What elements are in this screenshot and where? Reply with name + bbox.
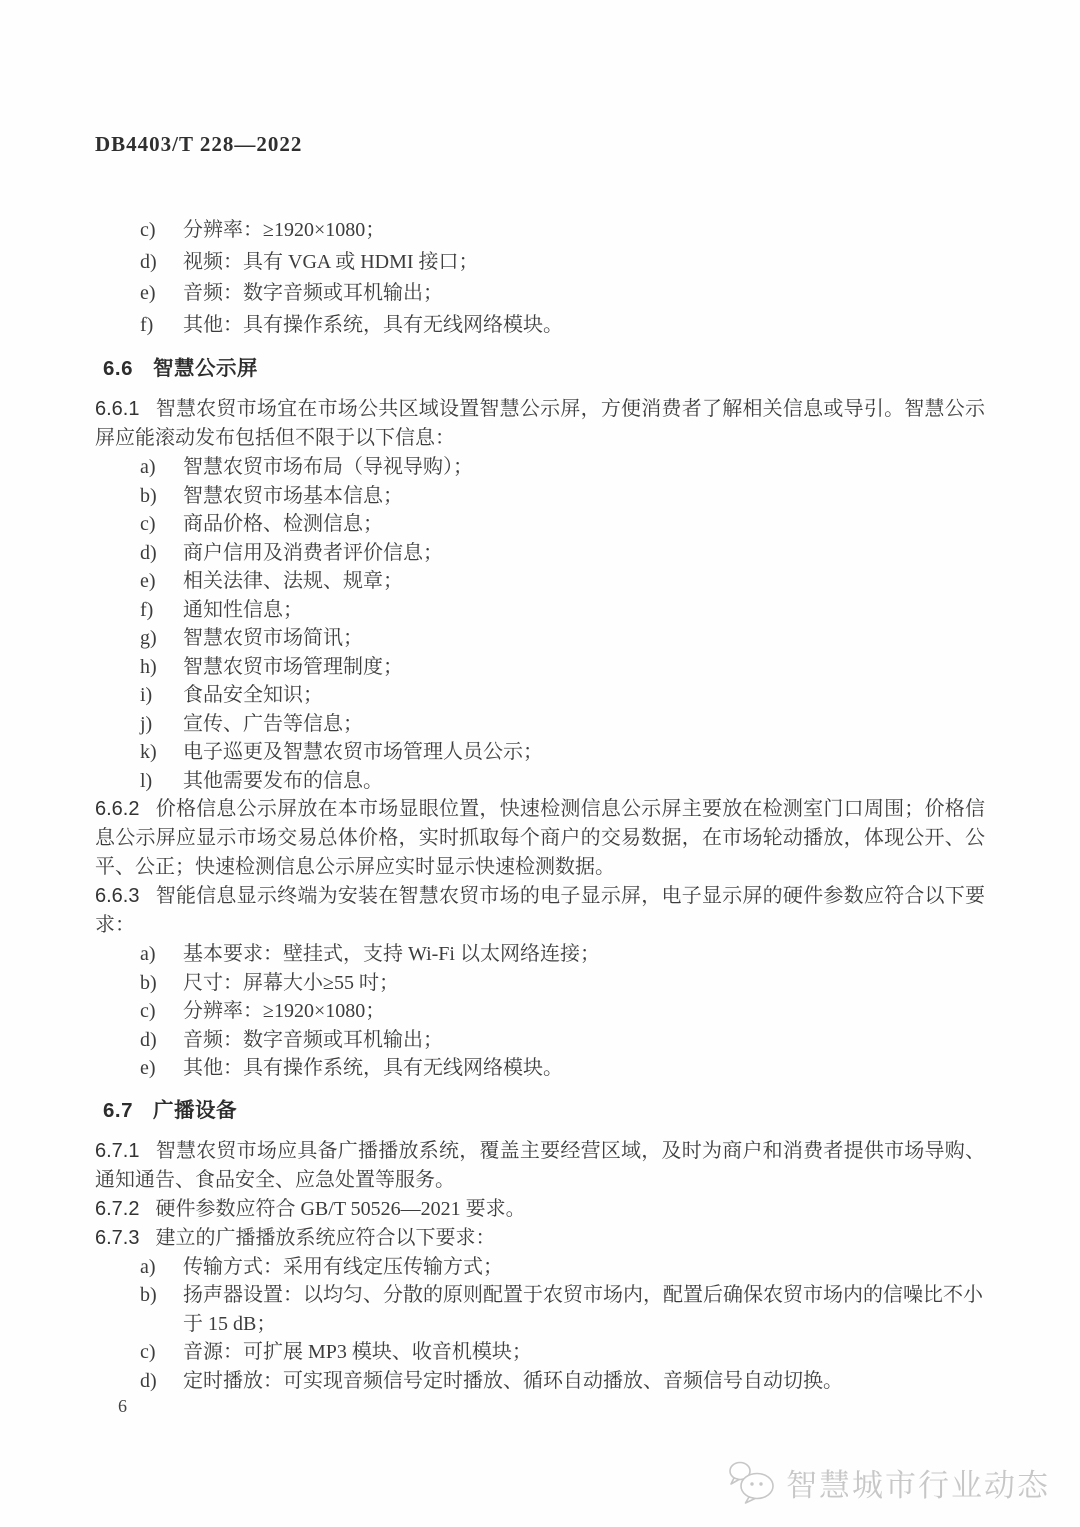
list-text: 宣传、广告等信息； xyxy=(183,710,985,739)
list-item: i)食品安全知识； xyxy=(95,681,985,710)
list-item: b)智慧农贸市场基本信息； xyxy=(95,482,985,511)
clause-number: 6.6.2 xyxy=(95,798,139,820)
list-letter: d) xyxy=(140,1026,183,1055)
list-item: c)分辨率：≥1920×1080； xyxy=(95,997,985,1026)
list-text: 基本要求：壁挂式，支持 Wi-Fi 以太网络连接； xyxy=(183,940,985,969)
list-item: d)商户信用及消费者评价信息； xyxy=(95,539,985,568)
list-letter: h) xyxy=(140,653,183,682)
list-letter: a) xyxy=(140,940,183,969)
watermark-logo: 智慧城市行业动态 xyxy=(726,1459,1050,1505)
watermark-text: 智慧城市行业动态 xyxy=(786,1460,1050,1505)
clause-6-6-2: 6.6.2价格信息公示屏放在本市场显眼位置，快速检测信息公示屏主要放在检测室门口… xyxy=(95,795,985,882)
clause-text: 硬件参数应符合 GB/T 50526—2021 要求。 xyxy=(155,1198,525,1220)
wechat-icon xyxy=(726,1459,776,1505)
list-text: 分辨率：≥1920×1080； xyxy=(183,997,985,1026)
list-text: 商户信用及消费者评价信息； xyxy=(183,539,985,568)
list-letter: d) xyxy=(140,1367,183,1396)
list-item: d)音频：数字音频或耳机输出； xyxy=(95,1026,985,1055)
list-text: 商品价格、检测信息； xyxy=(183,510,985,539)
list-item: e)音频：数字音频或耳机输出； xyxy=(95,278,985,310)
clause-text: 智能信息显示终端为安装在智慧农贸市场的电子显示屏，电子显示屏的硬件参数应符合以下… xyxy=(95,885,985,936)
list-item: a)传输方式：采用有线定压传输方式； xyxy=(95,1253,985,1282)
clause-6-7-2: 6.7.2硬件参数应符合 GB/T 50526—2021 要求。 xyxy=(95,1195,985,1224)
list-text: 电子巡更及智慧农贸市场管理人员公示； xyxy=(183,738,985,767)
list-text: 尺寸：屏幕大小≥55 吋； xyxy=(183,969,985,998)
doc-number: DB4403/T 228—2022 xyxy=(95,131,985,157)
page-number: 6 xyxy=(118,1396,127,1417)
list-text: 其他：具有操作系统，具有无线网络模块。 xyxy=(183,1054,985,1083)
list-item: b)扬声器设置：以均匀、分散的原则配置于农贸市场内，配置后确保农贸市场内的信噪比… xyxy=(95,1281,985,1338)
list-letter: e) xyxy=(140,278,183,310)
page-content: DB4403/T 228—2022 c)分辨率：≥1920×1080； d)视频… xyxy=(95,131,985,1395)
clause-number: 6.7.1 xyxy=(95,1140,139,1162)
list-letter: i) xyxy=(140,681,183,710)
list-6-6-1: a)智慧农贸市场布局（导视导购）； b)智慧农贸市场基本信息； c)商品价格、检… xyxy=(95,453,985,795)
list-text: 定时播放：可实现音频信号定时播放、循环自动播放、音频信号自动切换。 xyxy=(183,1367,985,1396)
list-letter: d) xyxy=(140,247,183,279)
list-text: 音源：可扩展 MP3 模块、收音机模块； xyxy=(183,1338,985,1367)
list-item: e)相关法律、法规、规章； xyxy=(95,567,985,596)
list-item: e)其他：具有操作系统，具有无线网络模块。 xyxy=(95,1054,985,1083)
clause-text: 价格信息公示屏放在本市场显眼位置，快速检测信息公示屏主要放在检测室门口周围；价格… xyxy=(95,798,985,878)
list-text: 传输方式：采用有线定压传输方式； xyxy=(183,1253,985,1282)
list-item: c)音源：可扩展 MP3 模块、收音机模块； xyxy=(95,1338,985,1367)
list-letter: c) xyxy=(140,997,183,1026)
list-text: 视频：具有 VGA 或 HDMI 接口； xyxy=(183,247,985,279)
list-letter: a) xyxy=(140,453,183,482)
list-letter: b) xyxy=(140,482,183,511)
list-item: k)电子巡更及智慧农贸市场管理人员公示； xyxy=(95,738,985,767)
section-title: 广播设备 xyxy=(153,1099,237,1122)
list-letter: c) xyxy=(140,510,183,539)
clause-number: 6.6.3 xyxy=(95,885,139,907)
list-letter: k) xyxy=(140,738,183,767)
clause-6-6-1: 6.6.1智慧农贸市场宜在市场公共区域设置智慧公示屏，方便消费者了解相关信息或导… xyxy=(95,395,985,453)
list-item: h)智慧农贸市场管理制度； xyxy=(95,653,985,682)
section-number: 6.7 xyxy=(103,1099,133,1122)
list-item: d)定时播放：可实现音频信号定时播放、循环自动播放、音频信号自动切换。 xyxy=(95,1367,985,1396)
list-text: 智慧农贸市场简讯； xyxy=(183,624,985,653)
list-item: l)其他需要发布的信息。 xyxy=(95,767,985,796)
list-text: 其他：具有操作系统，具有无线网络模块。 xyxy=(183,310,985,342)
list-letter: e) xyxy=(140,567,183,596)
clause-number: 6.7.2 xyxy=(95,1198,139,1220)
list-item: d)视频：具有 VGA 或 HDMI 接口； xyxy=(95,247,985,279)
list-letter: g) xyxy=(140,624,183,653)
list-6-6-3: a)基本要求：壁挂式，支持 Wi-Fi 以太网络连接； b)尺寸：屏幕大小≥55… xyxy=(95,940,985,1083)
list-text: 智慧农贸市场基本信息； xyxy=(183,482,985,511)
clause-text: 智慧农贸市场宜在市场公共区域设置智慧公示屏，方便消费者了解相关信息或导引。智慧公… xyxy=(95,398,985,449)
clause-6-6-3: 6.6.3智能信息显示终端为安装在智慧农贸市场的电子显示屏，电子显示屏的硬件参数… xyxy=(95,882,985,940)
clause-text: 智慧农贸市场应具备广播播放系统，覆盖主要经营区域，及时为商户和消费者提供市场导购… xyxy=(95,1140,985,1191)
clause-text: 建立的广播播放系统应符合以下要求： xyxy=(155,1227,495,1249)
list-letter: b) xyxy=(140,1281,183,1338)
list-letter: l) xyxy=(140,767,183,796)
list-text: 其他需要发布的信息。 xyxy=(183,767,985,796)
list-letter: c) xyxy=(140,215,183,247)
prelim-list: c)分辨率：≥1920×1080； d)视频：具有 VGA 或 HDMI 接口；… xyxy=(95,215,985,341)
clause-number: 6.7.3 xyxy=(95,1227,139,1249)
list-item: c)分辨率：≥1920×1080； xyxy=(95,215,985,247)
section-title: 智慧公示屏 xyxy=(153,357,258,380)
clause-6-7-1: 6.7.1智慧农贸市场应具备广播播放系统，覆盖主要经营区域，及时为商户和消费者提… xyxy=(95,1137,985,1195)
list-text: 通知性信息； xyxy=(183,596,985,625)
list-text: 智慧农贸市场管理制度； xyxy=(183,653,985,682)
section-heading-6-7: 6.7广播设备 xyxy=(103,1099,985,1123)
list-item: c)商品价格、检测信息； xyxy=(95,510,985,539)
list-item: f)通知性信息； xyxy=(95,596,985,625)
list-letter: f) xyxy=(140,596,183,625)
list-text: 相关法律、法规、规章； xyxy=(183,567,985,596)
list-item: j)宣传、广告等信息； xyxy=(95,710,985,739)
list-text: 分辨率：≥1920×1080； xyxy=(183,215,985,247)
list-item: a)基本要求：壁挂式，支持 Wi-Fi 以太网络连接； xyxy=(95,940,985,969)
list-letter: c) xyxy=(140,1338,183,1367)
list-letter: a) xyxy=(140,1253,183,1282)
list-letter: f) xyxy=(140,310,183,342)
list-item: f)其他：具有操作系统，具有无线网络模块。 xyxy=(95,310,985,342)
list-item: g)智慧农贸市场简讯； xyxy=(95,624,985,653)
list-text: 扬声器设置：以均匀、分散的原则配置于农贸市场内，配置后确保农贸市场内的信噪比不小… xyxy=(183,1281,985,1338)
clause-6-7-3: 6.7.3建立的广播播放系统应符合以下要求： xyxy=(95,1224,985,1253)
list-text: 智慧农贸市场布局（导视导购）； xyxy=(183,453,985,482)
list-letter: d) xyxy=(140,539,183,568)
list-item: b)尺寸：屏幕大小≥55 吋； xyxy=(95,969,985,998)
list-letter: e) xyxy=(140,1054,183,1083)
list-6-7-3: a)传输方式：采用有线定压传输方式； b)扬声器设置：以均匀、分散的原则配置于农… xyxy=(95,1253,985,1396)
document-page: DB4403/T 228—2022 c)分辨率：≥1920×1080； d)视频… xyxy=(0,0,1080,1527)
clause-number: 6.6.1 xyxy=(95,398,139,420)
section-heading-6-6: 6.6智慧公示屏 xyxy=(103,357,985,381)
list-text: 音频：数字音频或耳机输出； xyxy=(183,278,985,310)
list-text: 食品安全知识； xyxy=(183,681,985,710)
list-letter: j) xyxy=(140,710,183,739)
list-letter: b) xyxy=(140,969,183,998)
list-item: a)智慧农贸市场布局（导视导购）； xyxy=(95,453,985,482)
section-number: 6.6 xyxy=(103,357,133,380)
list-text: 音频：数字音频或耳机输出； xyxy=(183,1026,985,1055)
